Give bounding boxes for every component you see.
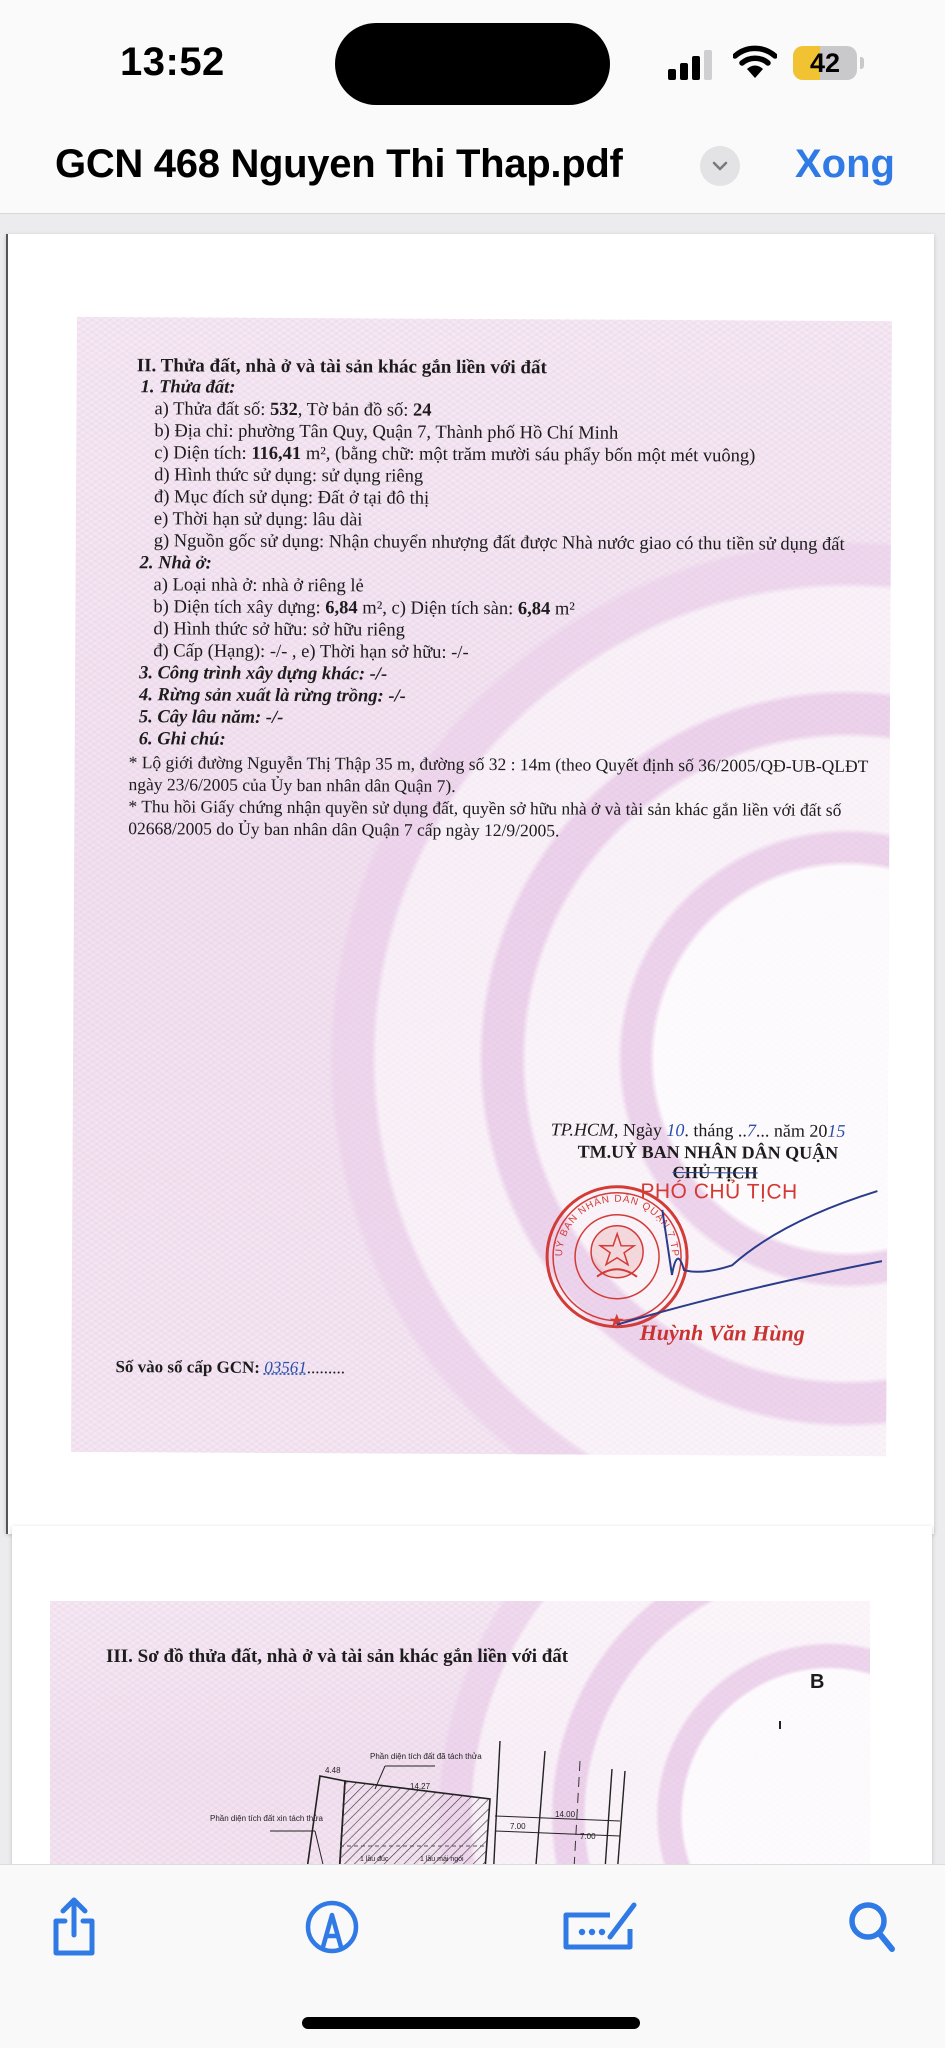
document-title[interactable]: GCN 468 Nguyen Thi Thap.pdf xyxy=(55,142,623,187)
issuing-authority: TM.UỶ BAN NHÂN DÂN QUẬN xyxy=(578,1142,839,1164)
pdf-page-2: III. Sơ đồ thửa đất, nhà ở và tài sản kh… xyxy=(12,1526,932,1864)
section-heading: II. Thửa đất, nhà ở và tài sản khác gắn … xyxy=(137,355,547,379)
other-constructions: 3. Công trình xây dựng khác: -/- xyxy=(139,663,387,685)
grade-line: đ) Cấp (Hạng): -/- , e) Thời hạn sở hữu:… xyxy=(153,641,469,664)
svg-text:1 lầu đúc: 1 lầu đúc xyxy=(360,1854,389,1863)
svg-text:7.00: 7.00 xyxy=(580,1832,596,1841)
diagram-heading: III. Sơ đồ thửa đất, nhà ở và tài sản kh… xyxy=(106,1646,568,1668)
dots: ......... xyxy=(307,1358,345,1377)
label: , Tờ bản đồ số: xyxy=(298,400,413,421)
signature-icon xyxy=(560,1899,642,1955)
area-in-words: , (bằng chữ: một trăm mười sáu phẩy bốn … xyxy=(326,444,756,466)
construction-area: 6,84 xyxy=(325,598,357,618)
svg-text:Phần diện tích đất đã tách thử: Phần diện tích đất đã tách thửa xyxy=(370,1752,482,1761)
pdf-page-1: II. Thửa đất, nhà ở và tài sản khác gắn … xyxy=(6,234,934,1534)
unit: m² xyxy=(550,599,575,619)
land-plot-title: 1. Thửa đất: xyxy=(141,377,236,398)
title-menu-button[interactable] xyxy=(700,146,740,186)
notes-title: 6. Ghi chú: xyxy=(139,729,226,750)
done-button[interactable]: Xong xyxy=(795,142,895,187)
label: c) Diện tích: xyxy=(154,443,251,464)
note-revoked-certificate: * Thu hồi Giấy chứng nhận quyền sử dụng … xyxy=(128,795,880,843)
label: b) Diện tích xây dựng: xyxy=(153,597,325,618)
label: a) Thửa đất số: xyxy=(154,399,270,420)
city: TP.HCM xyxy=(551,1119,614,1139)
svg-text:14.00: 14.00 xyxy=(555,1810,576,1819)
parcel-number: 532 xyxy=(270,400,298,420)
area-line: c) Diện tích: 116,41 m², (bằng chữ: một … xyxy=(154,443,755,467)
year: 15 xyxy=(827,1121,845,1141)
issue-date: TP.HCM, Ngày 10. tháng ..7... năm 2015 xyxy=(551,1119,846,1142)
usage-form-line: d) Hình thức sử dụng: sử dụng riêng xyxy=(154,465,423,487)
map-sheet-number: 24 xyxy=(413,401,432,421)
battery-percent: 42 xyxy=(793,46,857,80)
label: ... năm 20 xyxy=(756,1120,828,1140)
perennial-trees: 5. Cây lâu năm: -/- xyxy=(139,707,284,729)
production-forest: 4. Rừng sản xuất là rừng trồng: -/- xyxy=(139,685,406,707)
bottom-toolbar xyxy=(0,1864,945,2048)
search-icon xyxy=(846,1899,898,1955)
svg-text:1 lầu mái ngói: 1 lầu mái ngói xyxy=(420,1854,464,1863)
house-area-line: b) Diện tích xây dựng: 6,84 m², c) Diện … xyxy=(153,597,574,620)
chevron-down-icon xyxy=(711,160,729,172)
signer-name: Huỳnh Văn Hùng xyxy=(640,1320,805,1347)
svg-text:Phần diện tích đất xin tách th: Phần diện tích đất xin tách thửa xyxy=(210,1814,324,1823)
label: Số vào sổ cấp GCN: xyxy=(115,1357,264,1377)
usage-origin-line: g) Nguồn gốc sử dụng: Nhận chuyển nhượng… xyxy=(154,531,845,556)
svg-text:4.48: 4.48 xyxy=(325,1766,341,1775)
navigation-bar: GCN 468 Nguyen Thi Thap.pdf Xong xyxy=(0,130,945,214)
usage-term-line: e) Thời hạn sử dụng: lâu dài xyxy=(154,509,363,531)
share-button[interactable] xyxy=(42,1895,106,1959)
battery-cap xyxy=(860,57,864,69)
ownership-form-line: d) Hình thức sở hữu: sở hữu riêng xyxy=(153,619,405,641)
svg-text:7.00: 7.00 xyxy=(510,1822,526,1831)
address-line: b) Địa chỉ: phường Tân Quy, Quận 7, Thàn… xyxy=(154,421,618,444)
document-scroll-view[interactable]: II. Thửa đất, nhà ở và tài sản khác gắn … xyxy=(0,214,945,1864)
house-type-line: a) Loại nhà ở: nhà ở riêng lẻ xyxy=(154,575,364,597)
house-title: 2. Nhà ở: xyxy=(140,553,212,574)
land-plot-diagram: Phần diện tích đất xin tách thửa Phần di… xyxy=(200,1721,800,1864)
label: . tháng .. xyxy=(684,1120,747,1140)
usage-purpose-line: đ) Mục đích sử dụng: Đất ở tại đô thị xyxy=(154,487,429,509)
parcel-number-line: a) Thửa đất số: 532, Tờ bản đồ số: 24 xyxy=(154,399,431,421)
dynamic-island xyxy=(335,23,610,105)
compass-label: B xyxy=(810,1671,824,1694)
land-area: 116,41 xyxy=(251,444,301,464)
status-bar: 13:52 42 xyxy=(0,0,945,130)
registry-number-line: Số vào sổ cấp GCN: 03561......... xyxy=(115,1357,345,1378)
month: 7 xyxy=(747,1120,756,1140)
clock: 13:52 xyxy=(120,40,225,85)
wifi-icon xyxy=(733,44,777,80)
floor-area: 6,84 xyxy=(518,599,550,619)
certificate-scan-page: II. Thửa đất, nhà ở và tài sản khác gắn … xyxy=(71,317,892,1456)
cellular-signal-icon xyxy=(668,50,712,80)
note-road-boundary: * Lộ giới đường Nguyễn Thị Thập 35 m, đư… xyxy=(128,751,873,799)
signature-scrawl xyxy=(592,1180,883,1342)
unit: m² xyxy=(301,444,326,464)
day: 10 xyxy=(666,1120,684,1140)
markup-button[interactable] xyxy=(300,1895,364,1959)
markup-icon xyxy=(304,1899,360,1955)
svg-text:14.27: 14.27 xyxy=(410,1782,431,1791)
pdf-viewer-screen: 13:52 42 GCN 468 Nguyen Thi Thap.pdf Xon… xyxy=(0,0,945,2048)
label: m², c) Diện tích sàn: xyxy=(358,598,518,619)
search-button[interactable] xyxy=(840,1895,904,1959)
label: , Ngày xyxy=(614,1120,667,1140)
fill-and-sign-button[interactable] xyxy=(560,1895,642,1959)
diagram-scan-page: III. Sơ đồ thửa đất, nhà ở và tài sản kh… xyxy=(50,1601,870,1864)
share-icon xyxy=(48,1895,100,1959)
home-indicator[interactable] xyxy=(302,2017,640,2029)
registry-number: 03561 xyxy=(264,1358,307,1377)
battery-indicator: 42 xyxy=(793,46,857,80)
